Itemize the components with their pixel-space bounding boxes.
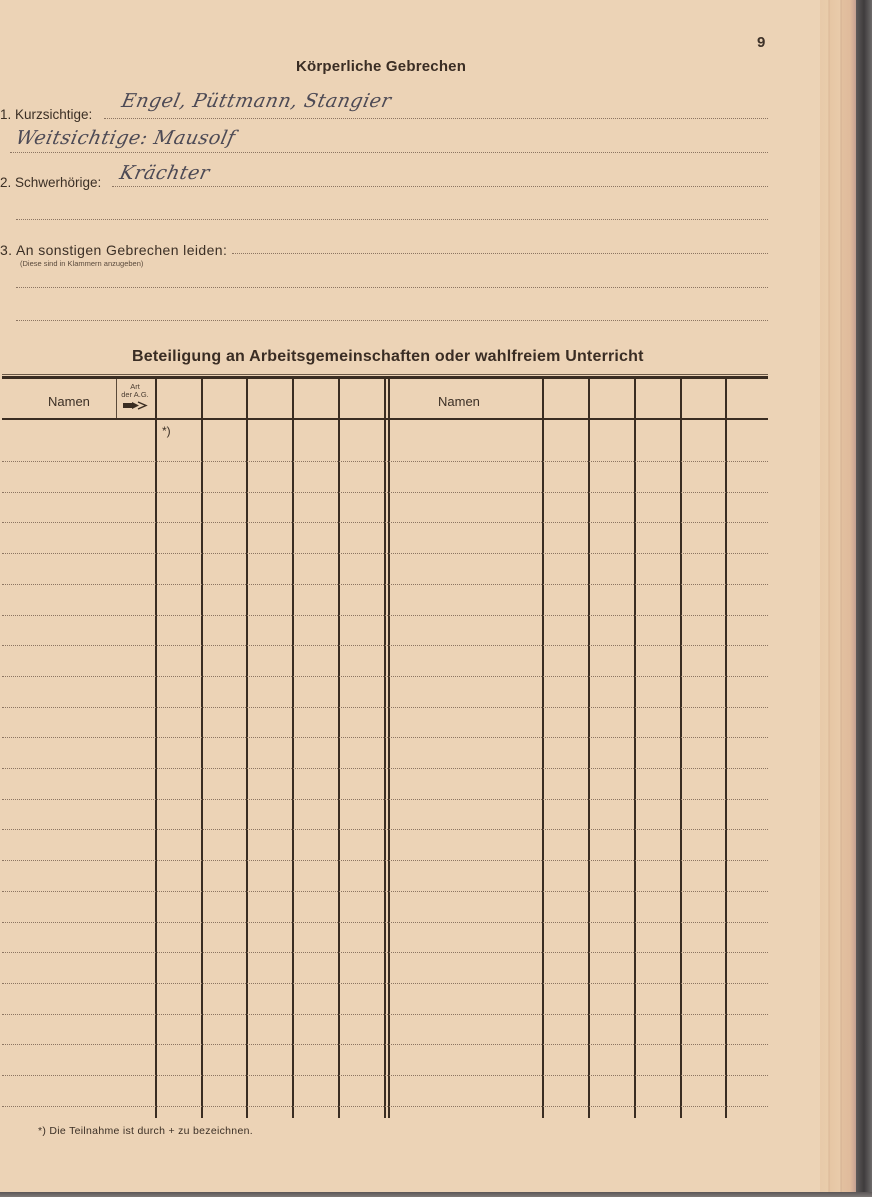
- column-divider: [542, 379, 544, 1118]
- column-divider: [155, 379, 157, 1118]
- table-row[interactable]: [2, 553, 768, 554]
- note-other-defects: (Diese sind in Klammern anzugeben): [20, 259, 143, 268]
- column-divider: [246, 379, 248, 1118]
- page-number: 9: [757, 34, 765, 51]
- double-divider-right: [388, 379, 390, 1118]
- book-bottom-edge: [0, 1192, 872, 1197]
- column-divider: [634, 379, 636, 1118]
- label-other-defects: 3. An sonstigen Gebrechen leiden:: [0, 242, 227, 258]
- table-row[interactable]: [2, 1075, 768, 1076]
- label-hard-of-hearing: 2. Schwerhörige:: [0, 175, 101, 190]
- entry-line: [16, 219, 768, 220]
- table-row[interactable]: [2, 983, 768, 984]
- handwritten-hard-of-hearing[interactable]: Krächter: [118, 162, 212, 184]
- book-page-edges: [820, 0, 858, 1192]
- table-row[interactable]: [2, 829, 768, 830]
- book-binding: [856, 0, 872, 1196]
- column-divider: [680, 379, 682, 1118]
- table-row[interactable]: [2, 584, 768, 585]
- column-divider: [588, 379, 590, 1118]
- table-row[interactable]: [2, 615, 768, 616]
- arrow-right-icon: [122, 401, 148, 410]
- header-art-der-ag: Art der A.G.: [116, 383, 154, 410]
- table-row[interactable]: [2, 768, 768, 769]
- table-row[interactable]: [2, 952, 768, 953]
- table-row[interactable]: [2, 799, 768, 800]
- column-divider: [338, 379, 340, 1118]
- section-title-physical-defects: Körperliche Gebrechen: [296, 58, 466, 75]
- section-title-participation: Beteiligung an Arbeitsgemeinschaften ode…: [132, 348, 644, 366]
- table-row[interactable]: [2, 1106, 768, 1107]
- form-page: 9 Körperliche Gebrechen 1. Kurzsichtige:…: [0, 0, 820, 1192]
- footnote-marker: *): [162, 424, 171, 438]
- table-row[interactable]: [2, 492, 768, 493]
- entry-line: [10, 152, 768, 153]
- column-divider: [201, 379, 203, 1118]
- entry-line: [16, 320, 768, 321]
- table-row[interactable]: [2, 707, 768, 708]
- table-row[interactable]: [2, 645, 768, 646]
- label-nearsighted: 1. Kurzsichtige:: [0, 107, 92, 122]
- header-names-left: Namen: [48, 394, 90, 409]
- table-top-thin-rule: [2, 374, 768, 375]
- table-row[interactable]: [2, 891, 768, 892]
- table-row[interactable]: [2, 1014, 768, 1015]
- table-row[interactable]: [2, 1044, 768, 1045]
- table-row[interactable]: [2, 922, 768, 923]
- handwritten-nearsighted[interactable]: Engel, Püttmann, Stangier: [120, 90, 394, 112]
- entry-line: [112, 186, 768, 187]
- table-row[interactable]: [2, 676, 768, 677]
- column-divider: [292, 379, 294, 1118]
- table-row[interactable]: [2, 737, 768, 738]
- footnote-text: *) Die Teilnahme ist durch + zu bezeichn…: [38, 1125, 253, 1137]
- table-row[interactable]: [2, 461, 768, 462]
- entry-line: [16, 287, 768, 288]
- column-divider: [725, 379, 727, 1118]
- table-row[interactable]: [2, 522, 768, 523]
- handwritten-farsighted[interactable]: Weitsichtige: Mausolf: [14, 127, 238, 149]
- entry-line: [104, 118, 768, 119]
- double-divider-left: [384, 379, 386, 1118]
- art-label-2: der A.G.: [121, 390, 149, 399]
- table-row[interactable]: [2, 860, 768, 861]
- entry-line: [232, 253, 768, 254]
- header-names-right: Namen: [438, 394, 480, 409]
